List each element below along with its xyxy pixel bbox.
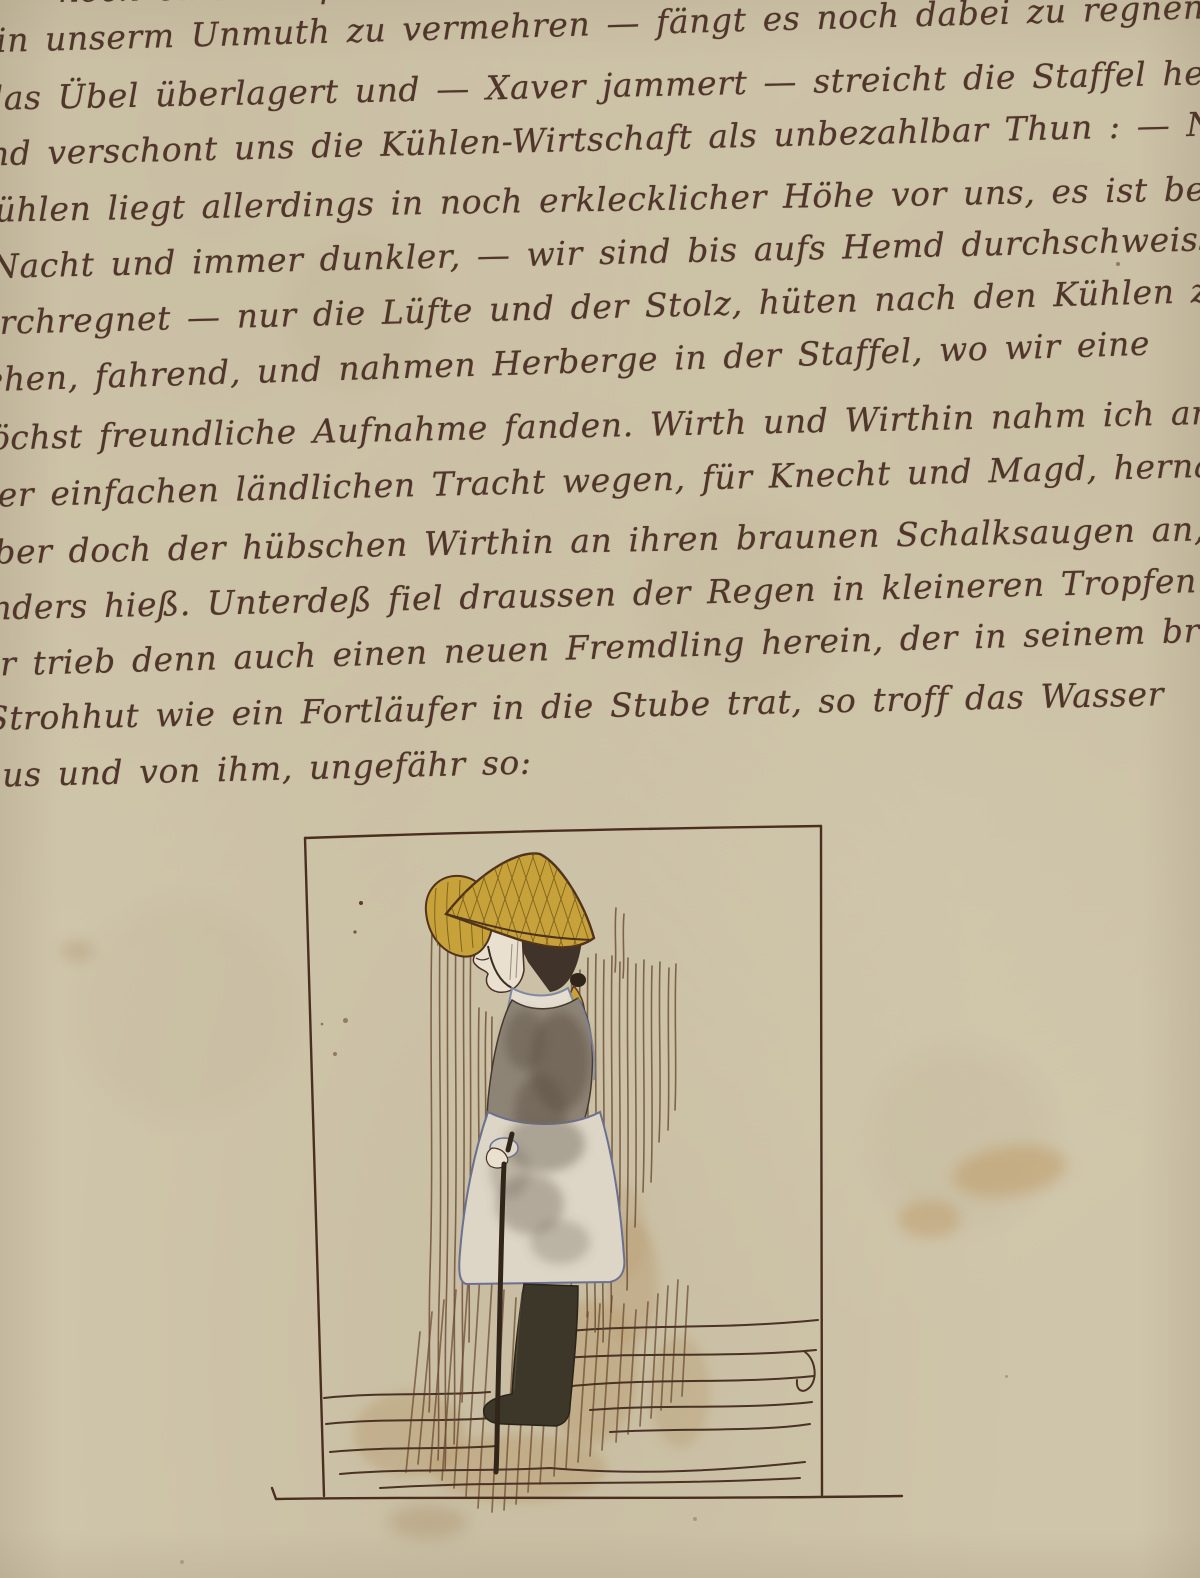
manuscript-line-5: Nacht und immer dunkler, — wir sind bis … <box>0 220 1200 283</box>
manuscript-line-8: höchst freundliche Aufnahme fanden. Wirt… <box>0 394 1200 455</box>
manuscript-line-14: aus und von ihm, ungefähr so: <box>0 746 532 792</box>
manuscript-line-1: in unserm Unmuth zu vermehren — fängt es… <box>0 0 1200 57</box>
stain <box>949 1138 1070 1204</box>
ink-specks <box>321 901 363 1025</box>
ink-speck <box>1005 1375 1008 1378</box>
manuscript-line-4: Kühlen liegt allerdings in noch erkleckl… <box>0 169 1200 227</box>
rain-figure-illustration <box>260 812 910 1518</box>
stain <box>60 940 94 962</box>
ink-speck <box>1116 262 1120 266</box>
page-paper: noch eine — Spur … ihm und schon — in un… <box>0 0 1200 1578</box>
manuscript-line-9: der einfachen ländlichen Tracht wegen, f… <box>0 444 1200 512</box>
manuscript-line-2: das Übel überlagert und — Xaver jammert … <box>0 54 1200 115</box>
manuscript-line-3: und verschont uns die Kühlen-Wirtschaft … <box>0 104 1200 171</box>
ink-speck <box>180 1560 184 1564</box>
illustration-frame <box>260 812 910 1518</box>
manuscript-line-13: Strohhut wie ein Fortläufer in die Stube… <box>0 677 1164 735</box>
hat-knot <box>570 973 586 987</box>
manuscript-line-10: aber doch der hübschen Wirthin an ihren … <box>0 510 1200 569</box>
